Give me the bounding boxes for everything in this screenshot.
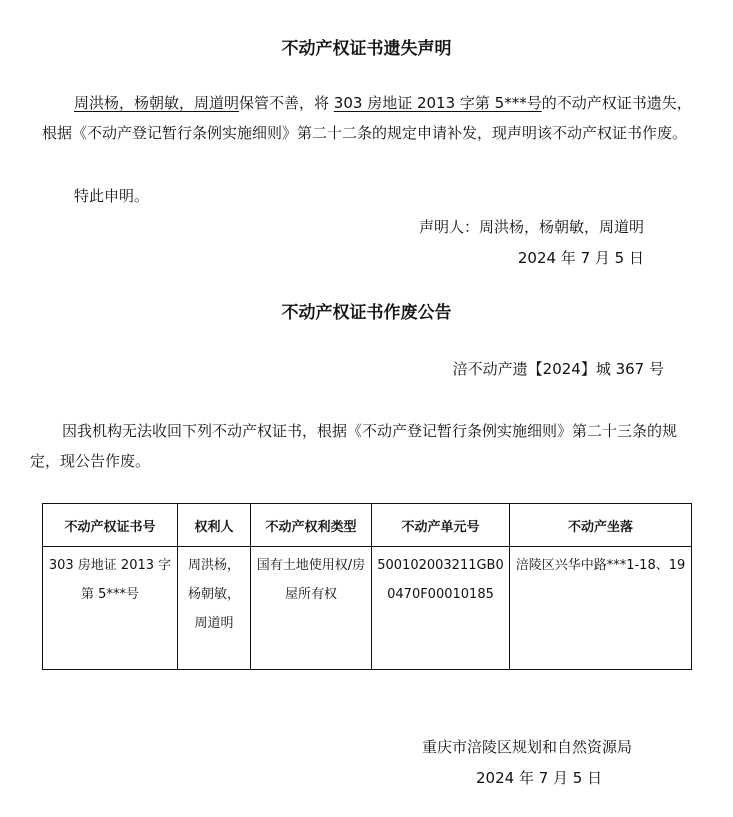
- owners-names: 周洪杨，杨朝敏，周道明: [74, 94, 239, 112]
- statement-closing: 特此申明。: [42, 181, 692, 211]
- cell-certificate-number: 303 房地证 2013 字第 5***号: [43, 547, 178, 670]
- statement-text-mid: 保管不善，将: [239, 94, 334, 112]
- certificate-table: 不动产权证书号 权利人 不动产权利类型 不动产单元号 不动产坐落 303 房地证…: [42, 503, 692, 670]
- header-location: 不动产坐落: [510, 504, 692, 547]
- loss-statement-title: 不动产权证书遗失声明: [0, 34, 733, 59]
- issuer-name: 重庆市涪陵区规划和自然资源局: [422, 736, 632, 757]
- closing-text: 特此申明。: [74, 187, 149, 205]
- header-right-type: 不动产权利类型: [251, 504, 372, 547]
- header-certificate-number: 不动产权证书号: [43, 504, 178, 547]
- header-unit-number: 不动产单元号: [372, 504, 510, 547]
- cell-right-holder: 周洪杨，杨朝敏，周道明: [178, 547, 251, 670]
- cell-right-type: 国有土地使用权/房屋所有权: [251, 547, 372, 670]
- statement-date: 2024 年 7 月 5 日: [518, 247, 644, 268]
- void-notice-title: 不动产权证书作废公告: [0, 298, 733, 323]
- cell-unit-number: 500102003211GB00470F00010185: [372, 547, 510, 670]
- loss-statement-paragraph: 周洪杨，杨朝敏，周道明保管不善，将 303 房地证 2013 字第 5***号的…: [42, 88, 692, 148]
- void-notice-body: 因我机构无法收回下列不动产权证书，根据《不动产登记暂行条例实施细则》第二十三条的…: [30, 416, 695, 476]
- notice-body-text: 因我机构无法收回下列不动产权证书，根据《不动产登记暂行条例实施细则》第二十三条的…: [30, 422, 677, 470]
- cell-location: 涪陵区兴华中路***1-18、19: [510, 547, 692, 670]
- header-right-holder: 权利人: [178, 504, 251, 547]
- certificate-number: 303 房地证 2013 字第 5***号: [334, 94, 542, 112]
- declarant-line: 声明人：周洪杨，杨朝敏，周道明: [419, 216, 644, 237]
- table-header-row: 不动产权证书号 权利人 不动产权利类型 不动产单元号 不动产坐落: [43, 504, 692, 547]
- notice-document-number: 涪不动产遗【2024】城 367 号: [453, 358, 664, 379]
- table-row: 303 房地证 2013 字第 5***号 周洪杨，杨朝敏，周道明 国有土地使用…: [43, 547, 692, 670]
- notice-date: 2024 年 7 月 5 日: [476, 767, 602, 788]
